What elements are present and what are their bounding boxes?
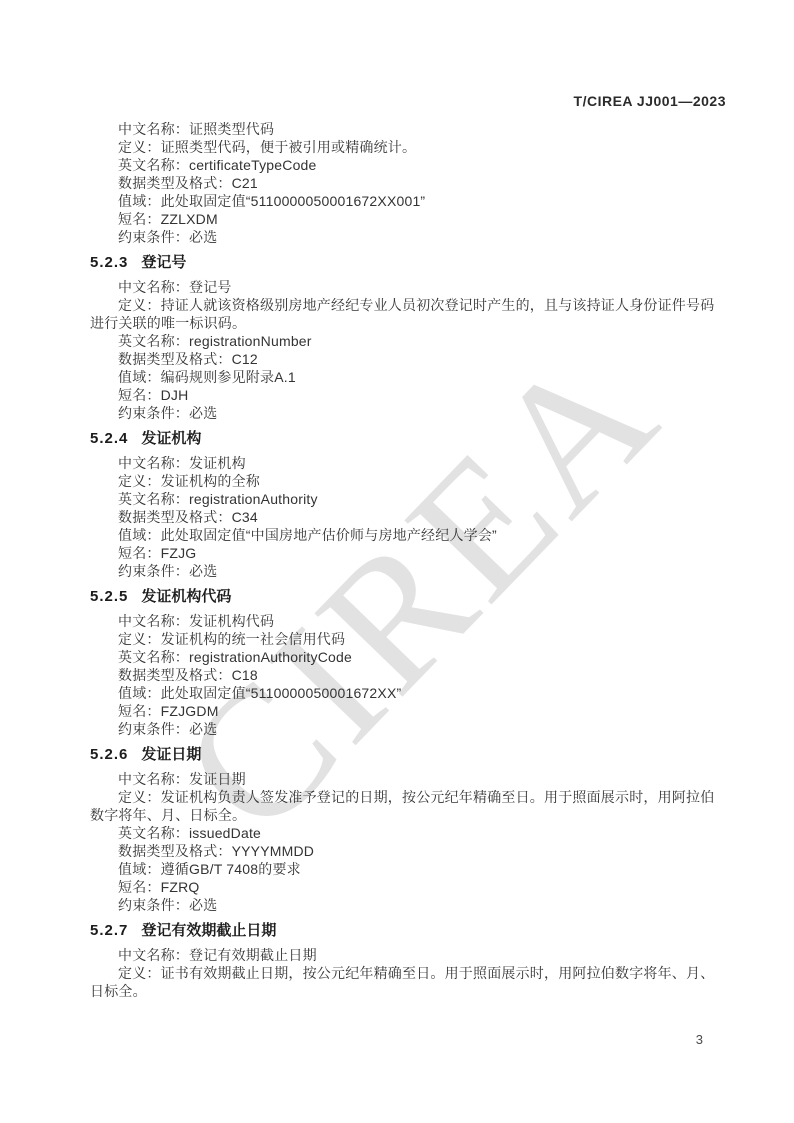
field-line: 值域：编码规则参见附录A.1 [90, 368, 728, 386]
field-line: 数据类型及格式：C18 [90, 666, 728, 684]
field-line: 中文名称：发证日期 [90, 770, 728, 788]
field-line: 值域：此处取固定值“5110000050001672XX001” [90, 192, 728, 210]
field-line: 定义：证书有效期截止日期，按公元纪年精确至日。用于照面展示时，用阿拉伯数字将年、… [90, 964, 728, 1000]
section-5-2-4: 5.2.4发证机构 中文名称：发证机构 定义：发证机构的全称 英文名称：regi… [90, 429, 728, 580]
field-line: 约束条件：必选 [90, 896, 728, 914]
field-line: 英文名称：registrationNumber [90, 332, 728, 350]
field-line: 约束条件：必选 [90, 720, 728, 738]
section-5-2-5: 5.2.5发证机构代码 中文名称：发证机构代码 定义：发证机构的统一社会信用代码… [90, 587, 728, 738]
section-number: 5.2.5 [90, 588, 128, 605]
field-line: 数据类型及格式：C12 [90, 350, 728, 368]
field-line: 约束条件：必选 [90, 228, 728, 246]
field-line: 英文名称：issuedDate [90, 824, 728, 842]
field-line: 短名：DJH [90, 386, 728, 404]
field-line: 英文名称：registrationAuthorityCode [90, 648, 728, 666]
field-line: 英文名称：certificateTypeCode [90, 156, 728, 174]
field-line: 约束条件：必选 [90, 562, 728, 580]
field-line: 值域：此处取固定值“5110000050001672XX” [90, 684, 728, 702]
field-line: 值域：遵循GB/T 7408的要求 [90, 860, 728, 878]
section-number: 5.2.7 [90, 922, 128, 939]
field-line: 短名：FZJGDM [90, 702, 728, 720]
field-line: 中文名称：登记号 [90, 278, 728, 296]
field-line: 值域：此处取固定值“中国房地产估价师与房地产经纪人学会” [90, 526, 728, 544]
section-heading: 5.2.3登记号 [90, 253, 728, 272]
field-line: 英文名称：registrationAuthority [90, 490, 728, 508]
field-line: 数据类型及格式：YYYYMMDD [90, 842, 728, 860]
section-number: 5.2.4 [90, 430, 128, 447]
section-5-2-7: 5.2.7登记有效期截止日期 中文名称：登记有效期截止日期 定义：证书有效期截止… [90, 921, 728, 1000]
section-title: 发证机构代码 [141, 588, 231, 605]
field-line: 短名：ZZLXDM [90, 210, 728, 228]
document-page: CIREA T/CIREA JJ001—2023 中文名称：证照类型代码 定义：… [0, 0, 794, 1123]
section-heading: 5.2.5发证机构代码 [90, 587, 728, 606]
section-title: 发证机构 [141, 430, 201, 447]
field-line: 定义：发证机构负责人签发准予登记的日期，按公元纪年精确至日。用于照面展示时，用阿… [90, 788, 728, 824]
page-number: 3 [696, 1032, 703, 1047]
page-content: 中文名称：证照类型代码 定义：证照类型代码，便于被引用或精确统计。 英文名称：c… [90, 120, 728, 1000]
field-line: 约束条件：必选 [90, 404, 728, 422]
field-line: 中文名称：发证机构代码 [90, 612, 728, 630]
section-certificate-type-code: 中文名称：证照类型代码 定义：证照类型代码，便于被引用或精确统计。 英文名称：c… [90, 120, 728, 246]
section-number: 5.2.3 [90, 254, 128, 271]
section-number: 5.2.6 [90, 746, 128, 763]
field-line: 中文名称：证照类型代码 [90, 120, 728, 138]
field-line: 定义：发证机构的全称 [90, 472, 728, 490]
standard-code-header: T/CIREA JJ001—2023 [574, 93, 726, 109]
section-title: 发证日期 [141, 746, 201, 763]
field-line: 中文名称：发证机构 [90, 454, 728, 472]
section-heading: 5.2.7登记有效期截止日期 [90, 921, 728, 940]
field-line: 定义：证照类型代码，便于被引用或精确统计。 [90, 138, 728, 156]
section-5-2-3: 5.2.3登记号 中文名称：登记号 定义：持证人就该资格级别房地产经纪专业人员初… [90, 253, 728, 422]
section-5-2-6: 5.2.6发证日期 中文名称：发证日期 定义：发证机构负责人签发准予登记的日期，… [90, 745, 728, 914]
field-line: 定义：发证机构的统一社会信用代码 [90, 630, 728, 648]
field-line: 数据类型及格式：C21 [90, 174, 728, 192]
section-heading: 5.2.6发证日期 [90, 745, 728, 764]
field-line: 数据类型及格式：C34 [90, 508, 728, 526]
section-title: 登记号 [141, 254, 186, 271]
field-line: 短名：FZRQ [90, 878, 728, 896]
field-line: 定义：持证人就该资格级别房地产经纪专业人员初次登记时产生的，且与该持证人身份证件… [90, 296, 728, 332]
section-title: 登记有效期截止日期 [141, 922, 276, 939]
field-line: 短名：FZJG [90, 544, 728, 562]
field-line: 中文名称：登记有效期截止日期 [90, 946, 728, 964]
section-heading: 5.2.4发证机构 [90, 429, 728, 448]
